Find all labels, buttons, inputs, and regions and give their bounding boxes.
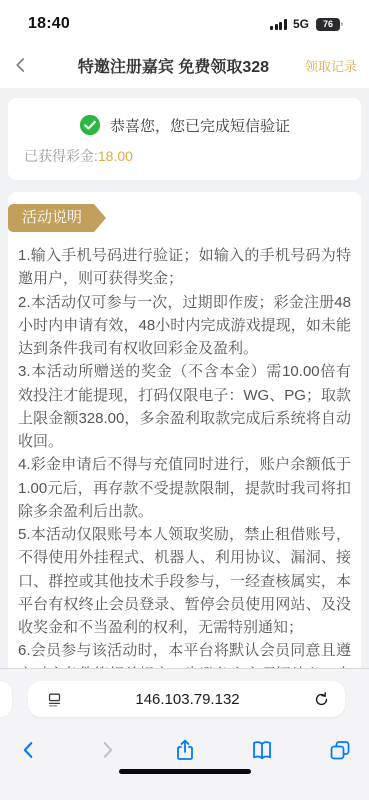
sms-verified-card: 恭喜您，您已完成短信验证 已获得彩金:18.00 — [8, 98, 361, 180]
claim-records-link[interactable]: 领取记录 — [305, 56, 357, 75]
browser-bottom-bar: 146.103.79.132 — [0, 668, 369, 800]
activity-rules-card: 活动说明 1.输入手机号码进行验证；如输入的手机号码为特邀用户，则可获得奖金； … — [8, 192, 361, 725]
address-bar[interactable]: 146.103.79.132 — [28, 681, 345, 717]
chevron-left-icon — [12, 56, 30, 74]
bookmarks-icon[interactable] — [247, 735, 277, 765]
reader-view-icon[interactable] — [42, 687, 66, 711]
url-text[interactable]: 146.103.79.132 — [66, 691, 309, 708]
adjacent-tab-peek[interactable] — [0, 681, 12, 717]
activity-rules-badge: 活动说明 — [8, 204, 94, 232]
page-header: 特邀注册嘉宾 免费领取328 领取记录 — [0, 42, 369, 88]
page-title: 特邀注册嘉宾 免费领取328 — [42, 54, 305, 77]
bonus-amount: 18.00 — [98, 148, 133, 164]
battery-icon: 76 — [316, 18, 343, 31]
rule-item-4: 4.彩金申请后不得与充值同时进行，账户余额低于1.00元后，再存款不受提款限制，… — [18, 453, 351, 523]
back-button[interactable] — [12, 50, 42, 80]
browser-forward-button[interactable] — [92, 735, 122, 765]
rule-item-5: 5.本活动仅限账号本人领取奖励，禁止租借账号，不得使用外挂程式、机器人、利用协议… — [18, 523, 351, 639]
status-bar: 18:40 5G 76 — [0, 0, 369, 42]
phone-screen: 18:40 5G 76 特邀注册嘉宾 免费领取328 领取记录 恭喜您，您已完成… — [0, 0, 369, 800]
reload-icon[interactable] — [309, 687, 333, 711]
rule-item-1: 1.输入手机号码进行验证；如输入的手机号码为特邀用户，则可获得奖金； — [18, 244, 351, 291]
browser-toolbar — [0, 735, 369, 765]
rules-text: 1.输入手机号码进行验证；如输入的手机号码为特邀用户，则可获得奖金； 2.本活动… — [8, 232, 361, 713]
clock: 18:40 — [28, 15, 70, 33]
share-icon[interactable] — [170, 735, 200, 765]
browser-back-button[interactable] — [14, 735, 44, 765]
check-circle-icon — [79, 114, 101, 136]
signal-strength-icon — [270, 19, 287, 30]
network-type-label: 5G — [293, 17, 309, 31]
tabs-icon[interactable] — [325, 735, 355, 765]
home-indicator[interactable] — [119, 769, 251, 774]
verify-success-message: 恭喜您，您已完成短信验证 — [110, 115, 290, 136]
rule-item-3: 3.本活动所赠送的奖金（不含本金）需10.00倍有效投注才能提现，打码仅限电子：… — [18, 360, 351, 453]
battery-percent: 76 — [316, 18, 340, 31]
rule-item-2: 2.本活动仅可参与一次，过期即作废；彩金注册48小时内申请有效，48小时内完成游… — [18, 291, 351, 361]
bonus-label: 已获得彩金: — [24, 148, 98, 164]
